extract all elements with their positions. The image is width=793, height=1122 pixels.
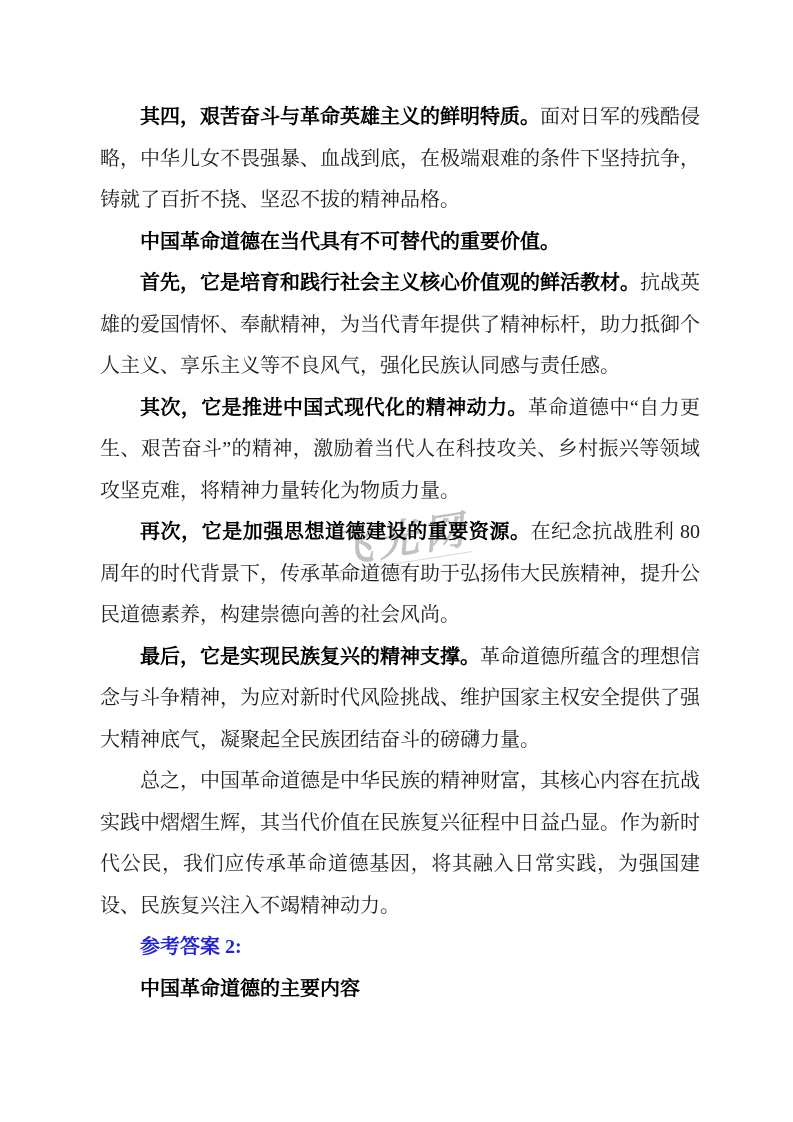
paragraph-value-second: 其次，它是推进中国式现代化的精神动力。革命道德中“自力更生、艰苦奋斗”的精神，激… bbox=[100, 388, 700, 513]
paragraph-value-first: 首先，它是培育和践行社会主义核心价值观的鲜活教材。抗战英雄的爱国情怀、奉献精神，… bbox=[100, 263, 700, 388]
reference-answer-2-heading: 参考答案 2: bbox=[100, 927, 700, 969]
paragraph-lead-bold: 再次，它是加强思想道德建设的重要资源。 bbox=[140, 521, 531, 543]
main-content-heading: 中国革命道德的主要内容 bbox=[100, 969, 700, 1011]
reference-answer-label: 参考答案 2: bbox=[140, 936, 242, 958]
paragraph-lead-bold: 其次，它是推进中国式现代化的精神动力。 bbox=[140, 397, 528, 419]
paragraph-conclusion: 总之，中国革命道德是中华民族的精神财富，其核心内容在抗战实践中熠熠生辉，其当代价… bbox=[100, 761, 700, 927]
document-body: 其四，艰苦奋斗与革命英雄主义的鲜明特质。面对日军的残酷侵略，中华儿女不畏强暴、血… bbox=[100, 97, 700, 1010]
paragraph-body-text: 总之，中国革命道德是中华民族的精神财富，其核心内容在抗战实践中熠熠生辉，其当代价… bbox=[100, 770, 700, 917]
paragraph-lead-bold: 首先，它是培育和践行社会主义核心价值观的鲜活教材。 bbox=[140, 272, 640, 294]
paragraph-lead-bold: 其四，艰苦奋斗与革命英雄主义的鲜明特质。 bbox=[140, 106, 540, 128]
paragraph-value-last: 最后，它是实现民族复兴的精神支撑。革命道德所蕴含的理想信念与斗争精神，为应对新时… bbox=[100, 637, 700, 762]
paragraph-value-third: 再次，它是加强思想道德建设的重要资源。在纪念抗战胜利 80 周年的时代背景下，传… bbox=[100, 512, 700, 637]
paragraph-lead-bold: 中国革命道德在当代具有不可替代的重要价值。 bbox=[140, 231, 560, 253]
document-page: 飞光网 www.f·····com 其四，艰苦奋斗与革命英雄主义的鲜明特质。面对… bbox=[0, 0, 793, 1122]
main-content-heading-text: 中国革命道德的主要内容 bbox=[140, 978, 360, 1000]
paragraph-value-heading: 中国革命道德在当代具有不可替代的重要价值。 bbox=[100, 222, 700, 264]
paragraph-point-4: 其四，艰苦奋斗与革命英雄主义的鲜明特质。面对日军的残酷侵略，中华儿女不畏强暴、血… bbox=[100, 97, 700, 222]
paragraph-lead-bold: 最后，它是实现民族复兴的精神支撑。 bbox=[140, 646, 480, 668]
